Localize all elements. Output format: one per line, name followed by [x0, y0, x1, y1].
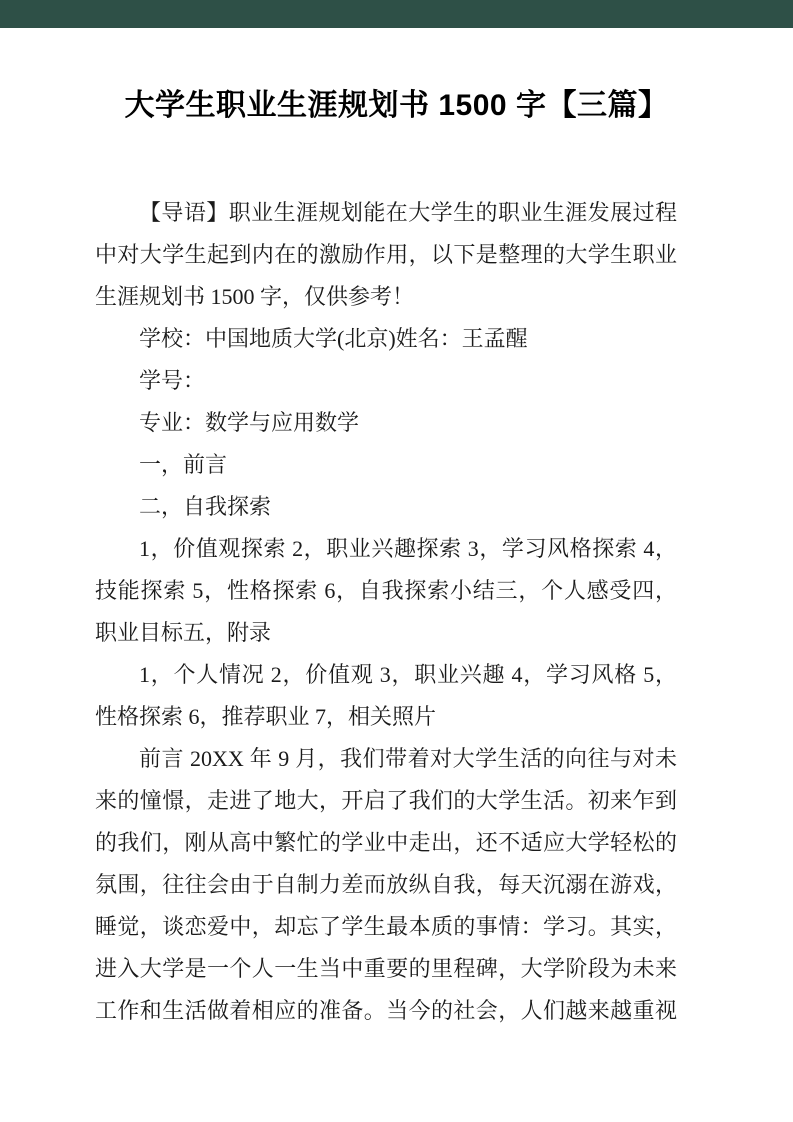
text-line: 性格探索 6，推荐职业 7，相关照片 — [95, 696, 677, 738]
text-line: 工作和生活做着相应的准备。当今的社会，人们越来越重视 — [95, 990, 677, 1032]
text-line: 专业：数学与应用数学 — [95, 402, 677, 444]
document-page: { "page": { "banner_color": "#2e5047", "… — [0, 0, 793, 1122]
text-line: 中对大学生起到内在的激励作用，以下是整理的大学生职业 — [95, 234, 677, 276]
document-title: 大学生职业生涯规划书 1500 字【三篇】 — [40, 84, 753, 128]
text-line: 二，自我探索 — [95, 486, 677, 528]
text-line: 一，前言 — [95, 444, 677, 486]
text-line: 学号： — [95, 360, 677, 402]
text-line: 1，价值观探索 2，职业兴趣探索 3，学习风格探索 4， — [95, 528, 677, 570]
text-line: 生涯规划书 1500 字，仅供参考！ — [95, 276, 677, 318]
text-line: 【导语】职业生涯规划能在大学生的职业生涯发展过程 — [95, 192, 677, 234]
text-line: 氛围，往往会由于自制力差而放纵自我，每天沉溺在游戏， — [95, 864, 677, 906]
text-line: 技能探索 5，性格探索 6，自我探索小结三，个人感受四， — [95, 570, 677, 612]
text-line: 进入大学是一个人一生当中重要的里程碑，大学阶段为未来 — [95, 948, 677, 990]
top-banner — [0, 0, 793, 28]
text-line: 1，个人情况 2，价值观 3，职业兴趣 4，学习风格 5， — [95, 654, 677, 696]
text-line: 的我们，刚从高中繁忙的学业中走出，还不适应大学轻松的 — [95, 822, 677, 864]
text-line: 学校：中国地质大学(北京)姓名：王孟醒 — [95, 318, 677, 360]
text-line: 来的憧憬，走进了地大，开启了我们的大学生活。初来乍到 — [95, 780, 677, 822]
text-line: 前言 20XX 年 9 月，我们带着对大学生活的向往与对未 — [95, 738, 677, 780]
text-line: 睡觉，谈恋爱中，却忘了学生最本质的事情：学习。其实， — [95, 906, 677, 948]
document-body: 【导语】职业生涯规划能在大学生的职业生涯发展过程中对大学生起到内在的激励作用，以… — [95, 192, 677, 1032]
text-line: 职业目标五，附录 — [95, 612, 677, 654]
